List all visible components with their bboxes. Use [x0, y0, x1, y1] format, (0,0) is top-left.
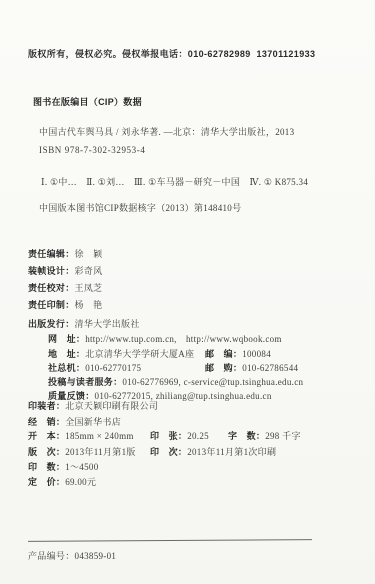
- price-label: 定 价：: [28, 477, 65, 487]
- mail-order-value: 010-62786544: [242, 363, 298, 373]
- website-label: 网 址：: [48, 334, 85, 344]
- sheets-label: 印 张：: [150, 431, 187, 441]
- cip-isbn-line: ISBN 978-7-302-32953-4: [39, 144, 145, 156]
- staff-label: 装帧设计：: [28, 266, 75, 276]
- colophon-page: 版权所有，侵权必究。侵权举报电话：010-62782989 1370112193…: [0, 0, 375, 584]
- footer-divider: [28, 539, 312, 542]
- staff-label: 责任编辑：: [28, 249, 75, 259]
- product-number-label: 产品编号：: [28, 551, 75, 561]
- zip-value: 100084: [242, 349, 271, 359]
- address-label: 地 址：: [48, 349, 85, 359]
- copyright-notice: 版权所有，侵权必究。侵权举报电话：010-62782989 1370112193…: [28, 48, 315, 60]
- impression-value: 2013年11月第1次印刷: [187, 447, 276, 457]
- publisher-label: 出版发行：: [28, 319, 75, 329]
- cip-title-line: 中国古代车舆马具 / 刘永华著. —北京：清华大学出版社，2013: [39, 126, 294, 138]
- cip-heading: 图书在版编目（CIP）数据: [33, 96, 142, 108]
- zip-label: 邮 编：: [205, 349, 242, 359]
- staff-value: 徐 颖: [75, 249, 103, 259]
- reader-service-value: 010-62776969, c-service@tup.tsinghua.edu…: [122, 377, 303, 387]
- format-label: 开 本：: [28, 431, 65, 441]
- edition-label: 版 次：: [28, 447, 65, 457]
- reader-service-label: 投稿与读者服务：: [48, 377, 122, 387]
- publisher-name: 清华大学出版社: [75, 319, 140, 329]
- print-run-value: 1～4500: [65, 462, 98, 472]
- print-run-label: 印 数：: [28, 462, 65, 472]
- cip-record-line: 中国版本图书馆CIP数据核字（2013）第148410号: [39, 202, 241, 214]
- staff-label: 责任校对：: [28, 283, 75, 293]
- words-value: 298 千字: [265, 431, 301, 441]
- price-value: 69.00元: [65, 477, 96, 487]
- staff-value: 杨 艳: [75, 300, 103, 310]
- mail-order-label: 邮 购：: [205, 363, 242, 373]
- edition-value: 2013年11月第1版: [65, 447, 135, 457]
- price-row: 定 价：69.00元: [0, 476, 375, 512]
- staff-value: 彩奇风: [75, 266, 103, 276]
- printer-label: 印装者：: [28, 401, 65, 411]
- product-number-value: 043859-01: [75, 551, 117, 561]
- product-number-row: 产品编号：043859-01: [0, 550, 375, 584]
- switchboard-value: 010-62770175: [85, 363, 141, 373]
- format-value: 185mm × 240mm: [65, 431, 133, 441]
- printer-value: 北京天颖印刷有限公司: [65, 401, 158, 411]
- distributor-value: 全国新华书店: [65, 417, 121, 427]
- sheets-value: 20.25: [187, 431, 209, 441]
- words-label: 字 数：: [228, 431, 265, 441]
- staff-value: 王凤芝: [75, 283, 103, 293]
- cip-classification-line: Ⅰ. ①中… Ⅱ. ①刘… Ⅲ. ①车马器－研究－中国 Ⅳ. ① K875.34: [41, 176, 308, 188]
- address-value: 北京清华大学学研大厦A座: [85, 349, 194, 359]
- switchboard-label: 社总机：: [48, 363, 85, 373]
- staff-label: 责任印制：: [28, 300, 75, 310]
- impression-label: 印 次：: [150, 447, 187, 457]
- distributor-label: 经 销：: [28, 417, 65, 427]
- website-value: http://www.tup.com.cn, http://www.wqbook…: [85, 334, 282, 344]
